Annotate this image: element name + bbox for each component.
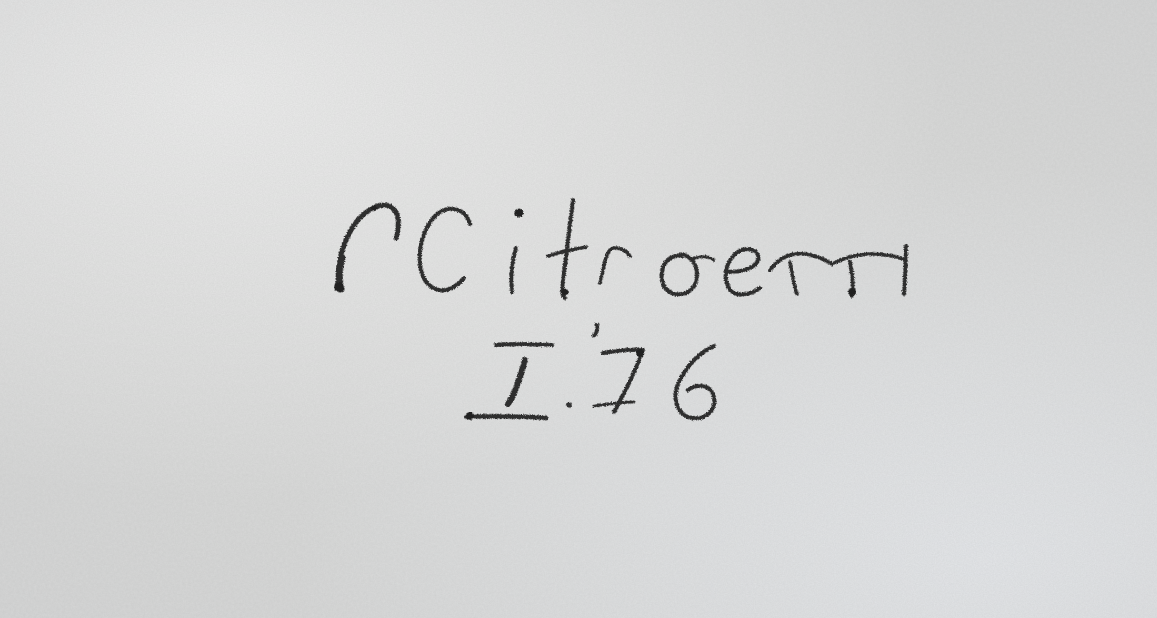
paper-surface: P Citroen I.'76 (0, 0, 1157, 618)
handwritten-signature (0, 0, 1157, 618)
signature-date (466, 325, 714, 420)
signature-name (334, 200, 906, 298)
